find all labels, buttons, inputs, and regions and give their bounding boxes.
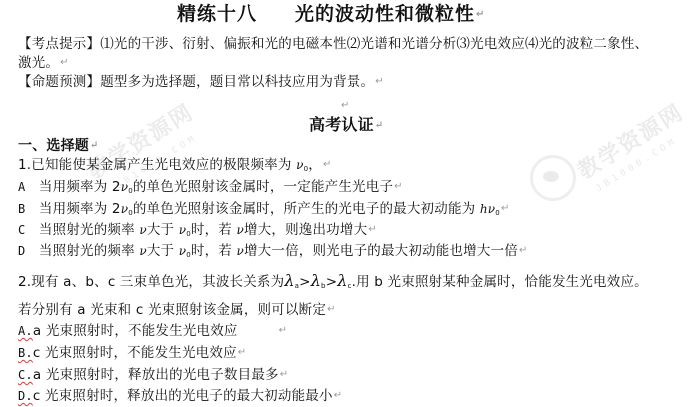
question-2-option-c: C.a 光束照射时，释放出的光电子数目最多↵ [18, 366, 288, 384]
option-text: 当用频率为 2 [39, 201, 121, 217]
option-text: 的单色光照射该金属时，所产生的光电子的最大初动能为 [133, 201, 480, 217]
part-heading: 一、选择题↵ [18, 137, 99, 155]
option-text: 时，若 [191, 222, 237, 238]
question-2-stem-text: .用 b 光束照射某种金属时，恰能发生光电效应。 [352, 274, 648, 290]
nu-symbol: ν [236, 244, 244, 258]
option-text: c 光束照射时，不能发生光电效应 [33, 345, 237, 361]
paragraph-mark-icon: ↵ [368, 224, 377, 235]
h-nu-symbol: hν [480, 202, 495, 216]
option-text: 大于 [147, 222, 179, 238]
paragraph-mark-icon: ↵ [341, 100, 350, 111]
paragraph-mark-icon: ↵ [334, 390, 343, 401]
key-points-line-1: 【考点提示】⑴光的干涉、衍射、偏振和光的电磁本性⑵光谱和光谱分析⑶光电效应⑷光的… [18, 35, 648, 53]
paragraph-mark-icon: ↵ [327, 304, 336, 315]
option-letter: B. [18, 346, 33, 360]
watermark-eye-logo-icon [530, 155, 576, 201]
section-heading-text: 高考认证 [309, 115, 374, 134]
nu-symbol: ν [139, 244, 147, 258]
key-points-line-2: 激光。↵ [18, 54, 69, 72]
question-2-stem-text: 若分别有 a 光束和 c 光束照射该金属，则可以断定 [18, 302, 326, 318]
question-1-stem: 1.已知能使某金属产生光电效应的极限频率为 ν0，↵ [18, 156, 332, 178]
option-text: 时，若 [191, 243, 237, 259]
question-2-stem-text: 2.现有 a、b、c 三束单色光，其波长关系为 [18, 274, 284, 290]
question-1-option-d: D 当照射光的频率 ν大于 ν0时，若 ν增大一倍，则光电子的最大初动能也增大一… [18, 242, 528, 264]
option-text: 的单色光照射该金属时，一定能产生光电子 [133, 179, 393, 195]
question-1-option-a: A 当用频率为 2ν0的单色光照射该金属时，一定能产生光电子↵ [18, 178, 403, 200]
option-letter: A [18, 180, 25, 194]
stem-suffix: ， [308, 157, 322, 173]
option-text: a 光束照射时，释放出的光电子数目最多 [33, 367, 279, 383]
prediction-label: 【命题预测】 [18, 74, 100, 90]
paragraph-mark-icon: ↵ [501, 203, 510, 214]
greater-than: > [299, 274, 311, 290]
paragraph-mark-icon: ↵ [90, 140, 99, 151]
option-letter: D. [18, 389, 33, 403]
key-points-label: 【考点提示】 [18, 36, 100, 52]
paragraph-mark-icon: ↵ [519, 245, 528, 256]
paragraph-mark-icon: ↵ [394, 181, 403, 192]
paragraph-mark-icon: ↵ [323, 159, 332, 170]
option-letter: D [18, 244, 25, 258]
paragraph-mark-icon: ↵ [279, 325, 288, 336]
option-letter: C [18, 223, 25, 237]
option-text: 当照射光的频率 [39, 222, 139, 238]
paragraph-mark-icon: ↵ [60, 57, 69, 68]
subscript: 0 [495, 209, 500, 217]
question-2-option-b: B.c 光束照射时，不能发生光电效应↵ [18, 344, 246, 362]
question-2-option-d: D.c 光束照射时，释放出的光电子的最大初动能最小↵ [18, 387, 342, 405]
lambda-symbol: λ [311, 271, 321, 290]
question-1-option-b: B 当用频率为 2ν0的单色光照射该金属时，所产生的光电子的最大初动能为 hν0… [18, 200, 510, 222]
key-points-text-cont: 激光。 [18, 55, 59, 71]
paragraph-mark-icon: ↵ [476, 9, 485, 20]
option-letter: B [18, 202, 25, 216]
watermark-text: 教学资源网 [571, 96, 689, 186]
document-title: 精练十八光的波动性和微粒性↵ [177, 2, 485, 27]
nu-symbol: ν [296, 158, 304, 172]
part-heading-text: 一、选择题 [18, 138, 89, 154]
section-heading: 高考认证↵ [309, 116, 383, 135]
option-letter: C. [18, 368, 33, 382]
empty-paragraph: ↵ [340, 97, 350, 115]
option-text: a 光束照射时，不能发生光电效应 [33, 323, 238, 339]
title-part-2: 光的波动性和微粒性 [295, 3, 475, 25]
question-2-stem-line-2: 若分别有 a 光束和 c 光束照射该金属，则可以断定↵ [18, 301, 336, 319]
question-1-option-c: C 当照射光的频率 ν大于 ν0时，若 ν增大，则逸出功增大↵ [18, 221, 377, 243]
paragraph-mark-icon: ↵ [280, 369, 289, 380]
title-part-1: 精练十八 [177, 3, 257, 25]
lambda-symbol: λ [337, 271, 347, 290]
option-text: 当照射光的频率 [39, 243, 139, 259]
greater-than: > [326, 274, 338, 290]
nu-symbol: ν [139, 223, 147, 237]
option-text: 当用频率为 2 [39, 179, 121, 195]
option-letter: A. [18, 324, 33, 338]
prediction-line: 【命题预测】题型多为选择题，题目常以科技应用为背景。↵ [18, 73, 384, 91]
nu-symbol: ν [236, 223, 244, 237]
lambda-symbol: λ [284, 271, 294, 290]
option-text: c 光束照射时，释放出的光电子的最大初动能最小 [33, 388, 333, 404]
option-text: 大于 [147, 243, 179, 259]
paragraph-mark-icon: ↵ [238, 347, 247, 358]
question-2-stem: 2.现有 a、b、c 三束单色光，其波长关系为λa>λb>λc.用 b 光束照射… [18, 272, 648, 295]
key-points-text: ⑴光的干涉、衍射、偏振和光的电磁本性⑵光谱和光谱分析⑶光电效应⑷光的波粒二象性、 [100, 36, 648, 52]
paragraph-mark-icon: ↵ [375, 76, 384, 87]
prediction-text: 题型多为选择题，题目常以科技应用为背景。 [100, 74, 374, 90]
option-text: 增大，则逸出功增大 [244, 222, 367, 238]
option-text: 增大一倍，则光电子的最大初动能也增大一倍 [244, 243, 518, 259]
watermark-right: 教学资源网 JB1000.COM [530, 100, 697, 210]
watermark-url: JB1000.COM [595, 136, 680, 194]
paragraph-mark-icon: ↵ [375, 120, 384, 131]
question-1-stem-text: 1.已知能使某金属产生光电效应的极限频率为 [18, 157, 296, 173]
document-page: 教学资源网 JB1000.COM 教学资源网 JB1000.COM 精练十八光的… [0, 0, 697, 407]
question-2-option-a: A.a 光束照射时，不能发生光电效应↵ [18, 322, 287, 340]
